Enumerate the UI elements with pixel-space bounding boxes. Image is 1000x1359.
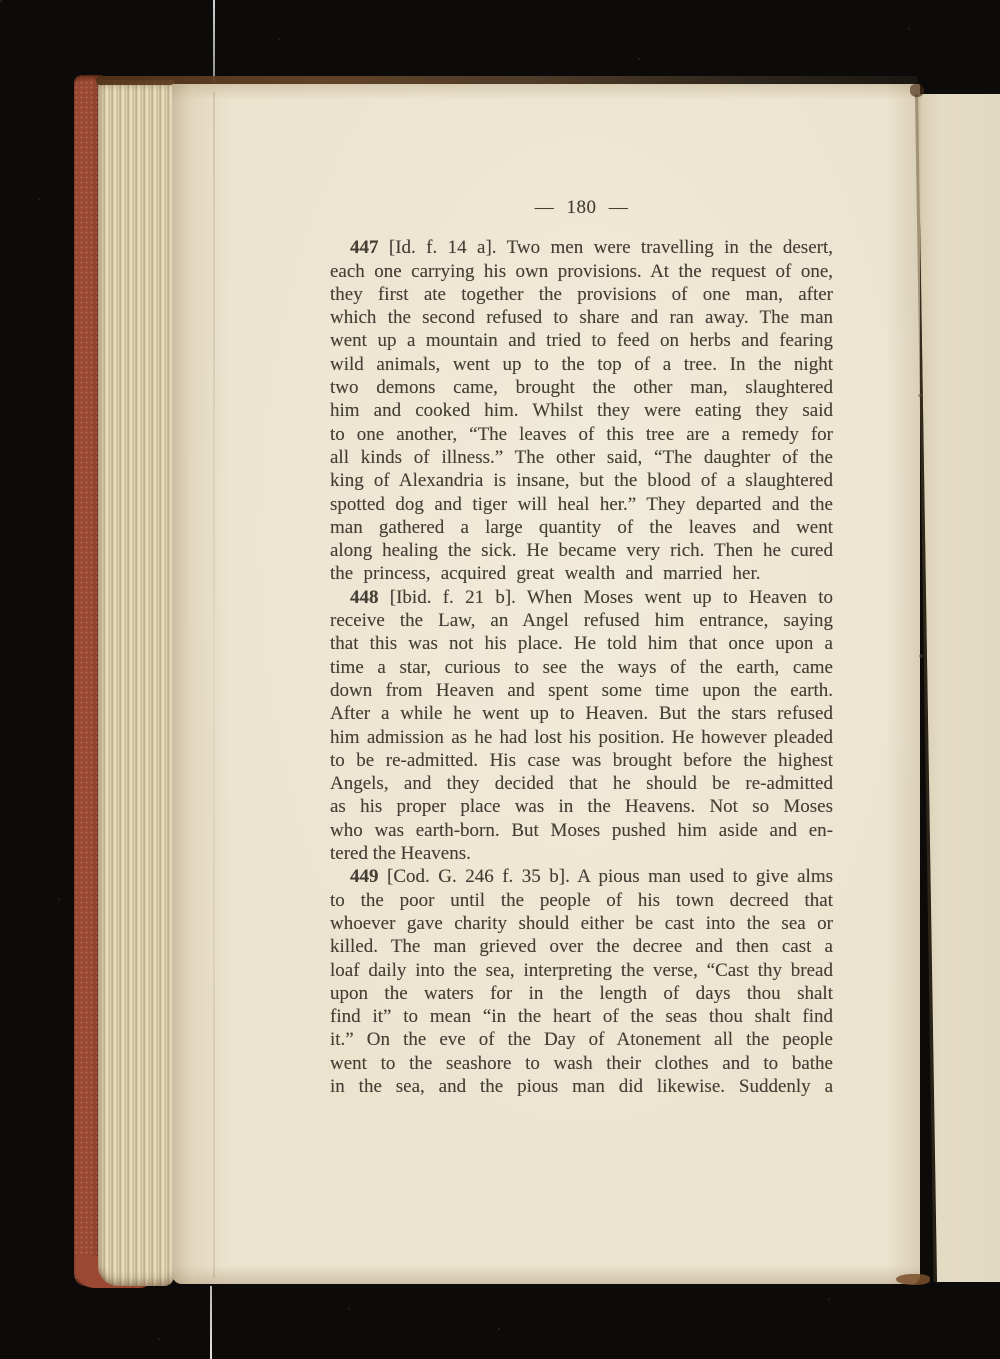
text-line: 449 [Cod. G. 246 f. 35 b]. A pious man u… [330, 865, 833, 888]
page-corner-speck [896, 1274, 930, 1285]
background-dust-speckles [0, 0, 2, 2]
fanned-page-edges [98, 80, 174, 1286]
text-line: all kinds of illness.” The other said, “… [330, 446, 833, 469]
text-line: to one another, “The leaves of this tree… [330, 423, 833, 446]
paragraph-447: 447 [Id. f. 14 a]. Two men were travelli… [330, 236, 833, 585]
text-line: down from Heaven and spent some time upo… [330, 679, 833, 702]
book-photograph: — 180 — 447 [Id. f. 14 a]. Two men were … [0, 0, 1000, 1359]
text-line: the princess, acquired great wealth and … [330, 562, 833, 585]
text-line: man gathered a large quantity of the lea… [330, 516, 833, 539]
text-line: two demons came, brought the other man, … [330, 376, 833, 399]
text-line: that this was not his place. He told him… [330, 632, 833, 655]
text-line: Angels, and they decided that he should … [330, 772, 833, 795]
text-line: upon the waters for in the length of day… [330, 982, 833, 1005]
text-line: spotted dog and tiger will heal her.” Th… [330, 493, 833, 516]
text-line: went up a mountain and tried to feed on … [330, 329, 833, 352]
text-line: to be re-admitted. His case was brought … [330, 749, 833, 772]
paragraph-number: 447 [350, 237, 379, 258]
text-line: king of Alexandria is insane, but the bl… [330, 469, 833, 492]
text-line: as his proper place was in the Heavens. … [330, 795, 833, 818]
paragraph-number: 449 [350, 866, 379, 887]
text-line: After a while he went up to Heaven. But … [330, 702, 833, 725]
page-edge-notch [910, 84, 924, 97]
text-line: along healing the sick. He became very r… [330, 539, 833, 562]
text-line: tered the Heavens. [330, 842, 833, 865]
text-line: in the sea, and the pious man did likewi… [330, 1075, 833, 1098]
text-line: find it” to mean “in the heart of the se… [330, 1005, 833, 1028]
text-line: went to the seashore to wash their cloth… [330, 1052, 833, 1075]
facing-page-edge [916, 94, 1000, 1282]
page-speck [919, 654, 923, 658]
text-line: time a star, curious to see the ways of … [330, 656, 833, 679]
paragraph-448: 448 [Ibid. f. 21 b]. When Moses went up … [330, 586, 833, 866]
text-line: loaf daily into the sea, interpreting th… [330, 959, 833, 982]
text-line: wild animals, went up to the top of a tr… [330, 353, 833, 376]
text-line: whoever gave charity should either be ca… [330, 912, 833, 935]
text-line: him and cooked him. Whilst they were eat… [330, 399, 833, 422]
text-line: it.” On the eve of the Day of Atonement … [330, 1028, 833, 1051]
page-crease [213, 92, 215, 1278]
text-paragraphs: 447 [Id. f. 14 a]. Two men were travelli… [330, 236, 833, 1098]
text-line: 447 [Id. f. 14 a]. Two men were travelli… [330, 236, 833, 259]
page-number: — 180 — [330, 196, 833, 219]
hanging-string-top [213, 0, 215, 82]
text-line: which the second refused to share and ra… [330, 306, 833, 329]
text-line: 448 [Ibid. f. 21 b]. When Moses went up … [330, 586, 833, 609]
paragraph-number: 448 [350, 587, 379, 608]
text-line: each one carrying his own provisions. At… [330, 260, 833, 283]
page-speck [918, 394, 923, 397]
text-line: receive the Law, an Angel refused him en… [330, 609, 833, 632]
text-line: who was earth-born. But Moses pushed him… [330, 819, 833, 842]
text-line: him admission as he had lost his positio… [330, 726, 833, 749]
paragraph-449: 449 [Cod. G. 246 f. 35 b]. A pious man u… [330, 865, 833, 1098]
page-text-block: — 180 — 447 [Id. f. 14 a]. Two men were … [330, 196, 833, 1098]
text-line: killed. The man grieved over the decree … [330, 935, 833, 958]
text-line: to the poor until the people of his town… [330, 889, 833, 912]
hanging-string-bottom [210, 1286, 212, 1359]
text-line: they first ate together the provisions o… [330, 283, 833, 306]
